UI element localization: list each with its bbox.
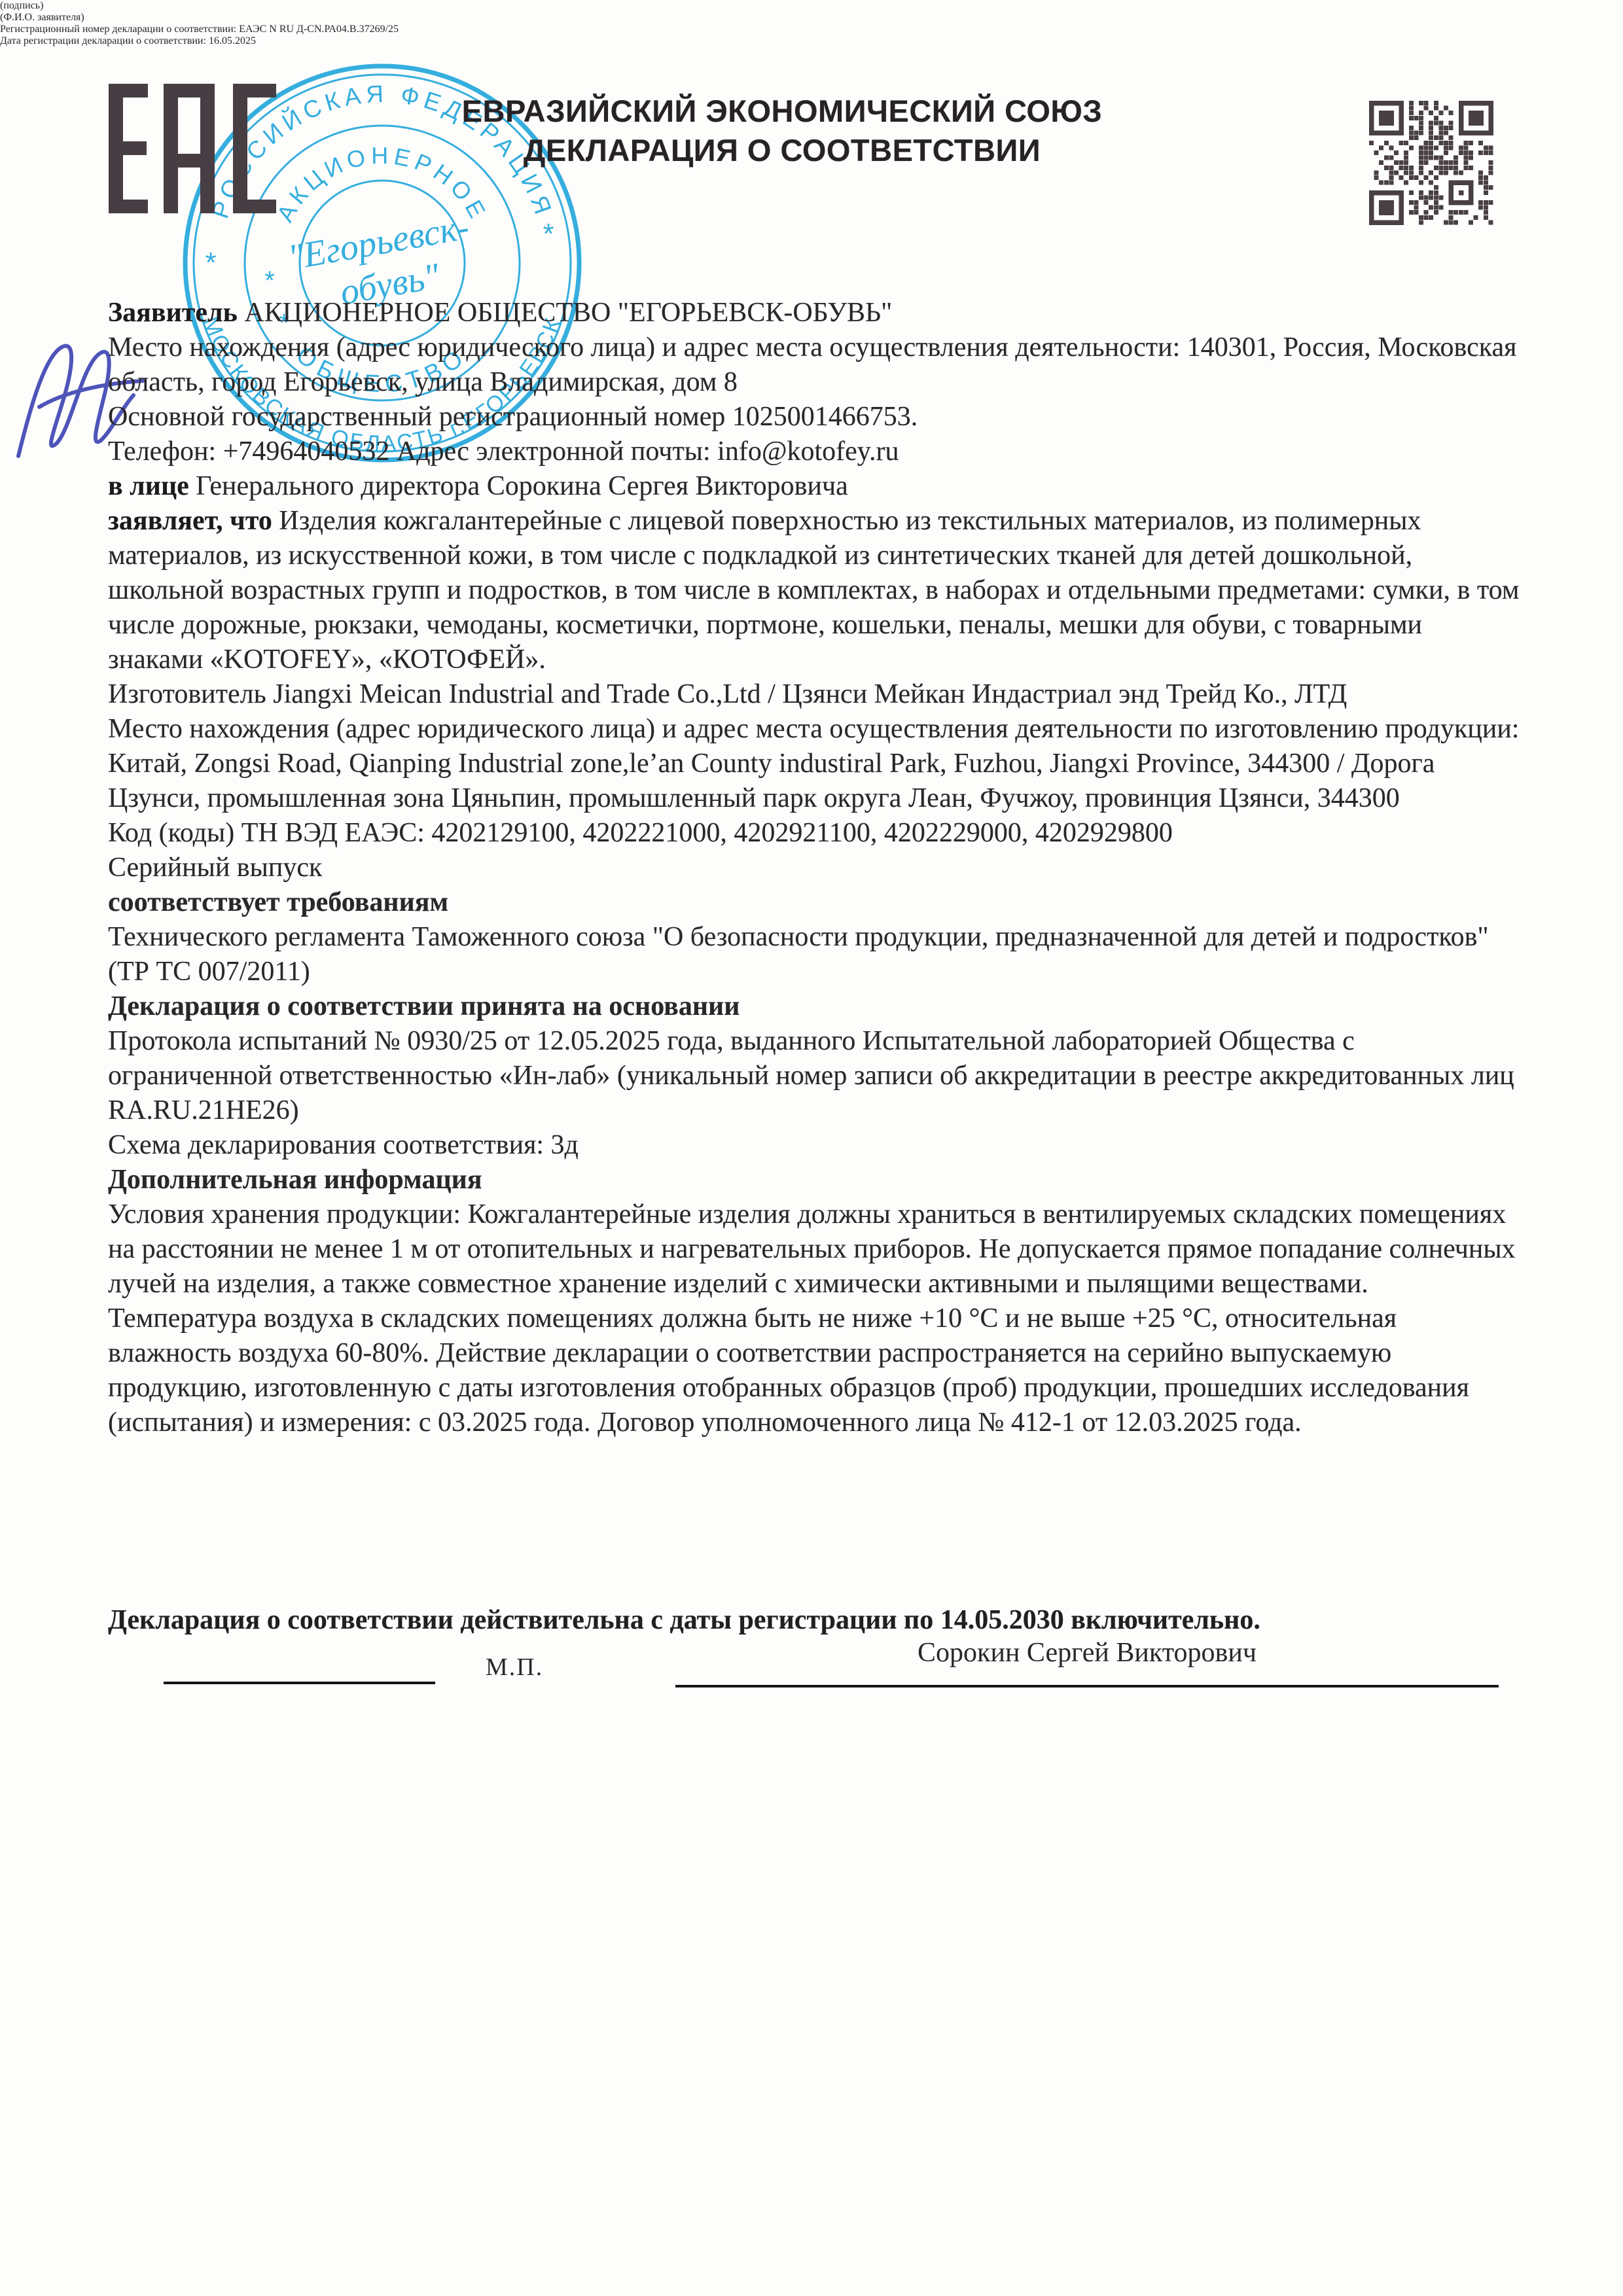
- compliance-label: соответствует требованиям: [108, 885, 1520, 920]
- in-person-label: в лице: [108, 471, 189, 501]
- qr-code: [1369, 101, 1493, 225]
- stamp-star-left-outer: *: [205, 247, 216, 279]
- applicant-label: Заявитель: [108, 298, 238, 328]
- declares-text: Изделия кожгалантерейные с лицевой повер…: [108, 506, 1519, 675]
- registration-number-line: Регистрационный номер декларации о соотв…: [0, 24, 1623, 35]
- eac-letter-c: [233, 84, 276, 213]
- qr-finder-bottom-left: [1369, 190, 1404, 225]
- eac-letter-a: [164, 84, 215, 213]
- stamp-star-left-middle: *: [264, 266, 275, 295]
- basis-text: Протокола испытаний № 0930/25 от 12.05.2…: [108, 1024, 1520, 1128]
- additional-info-label: Дополнительная информация: [108, 1163, 1520, 1197]
- eac-letter-e: [109, 84, 148, 213]
- stamp-star-right-outer: *: [543, 218, 554, 250]
- manufacturer-address: Место нахождения (адрес юридического лиц…: [108, 712, 1520, 816]
- signature-line: [164, 1682, 435, 1684]
- applicant-contacts: Телефон: +74964040532 Адрес электронной …: [108, 434, 1520, 469]
- document-title: ЕВРАЗИЙСКИЙ ЭКОНОМИЧЕСКИЙ СОЮЗ ДЕКЛАРАЦИ…: [353, 92, 1211, 170]
- title-line-2: ДЕКЛАРАЦИЯ О СООТВЕТСТВИИ: [353, 131, 1211, 170]
- basis-label: Декларация о соответствии принята на осн…: [108, 989, 1520, 1024]
- applicant-in-person: в лице Генерального директора Сорокина С…: [108, 469, 1520, 504]
- validity-statement: Декларация о соответствии действительна …: [108, 1604, 1522, 1636]
- signer-name: Сорокин Сергей Викторович: [675, 1637, 1499, 1669]
- tnved-codes: Код (коды) ТН ВЭД ЕАЭС: 4202129100, 4202…: [108, 816, 1520, 851]
- registration-date-line: Дата регистрации декларации о соответств…: [0, 35, 1623, 47]
- qr-alignment-pattern: [1449, 181, 1474, 205]
- qr-finder-top-right: [1459, 101, 1493, 135]
- declaration-scheme: Схема декларирования соответствия: 3д: [108, 1128, 1520, 1163]
- qr-finder-top-left: [1369, 101, 1404, 135]
- eac-logo: [109, 84, 277, 213]
- declaration-page: ЕВРАЗИЙСКИЙ ЭКОНОМИЧЕСКИЙ СОЮЗ ДЕКЛАРАЦИ…: [0, 0, 1623, 2296]
- manufacturer-name: Изготовитель Jiangxi Meican Industrial a…: [108, 677, 1520, 712]
- stamp-place-label: М.П.: [486, 1653, 543, 1682]
- in-person-value: Генерального директора Сорокина Сергея В…: [189, 471, 848, 501]
- applicant-address: Место нахождения (адрес юридического лиц…: [108, 330, 1520, 400]
- declares-label: заявляет, что: [108, 506, 272, 536]
- applicant-ogrn: Основной государственный регистрационный…: [108, 400, 1520, 434]
- document-body: Заявитель АКЦИОНЕРНОЕ ОБЩЕСТВО "ЕГОРЬЕВС…: [108, 296, 1520, 1440]
- fio-caption: (Ф.И.О. заявителя): [0, 12, 1623, 24]
- applicant-line: Заявитель АКЦИОНЕРНОЕ ОБЩЕСТВО "ЕГОРЬЕВС…: [108, 296, 1520, 330]
- applicant-name: АКЦИОНЕРНОЕ ОБЩЕСТВО "ЕГОРЬЕВСК-ОБУВЬ": [238, 298, 893, 328]
- signer-name-line: [675, 1685, 1499, 1687]
- declares-paragraph: заявляет, что Изделия кожгалантерейные с…: [108, 504, 1520, 677]
- signature-caption: (подпись): [0, 0, 1623, 12]
- title-line-1: ЕВРАЗИЙСКИЙ ЭКОНОМИЧЕСКИЙ СОЮЗ: [353, 92, 1211, 131]
- additional-info-text: Условия хранения продукции: Кожгалантере…: [108, 1197, 1520, 1440]
- compliance-text: Технического регламента Таможенного союз…: [108, 920, 1520, 989]
- serial-issue: Серийный выпуск: [108, 851, 1520, 885]
